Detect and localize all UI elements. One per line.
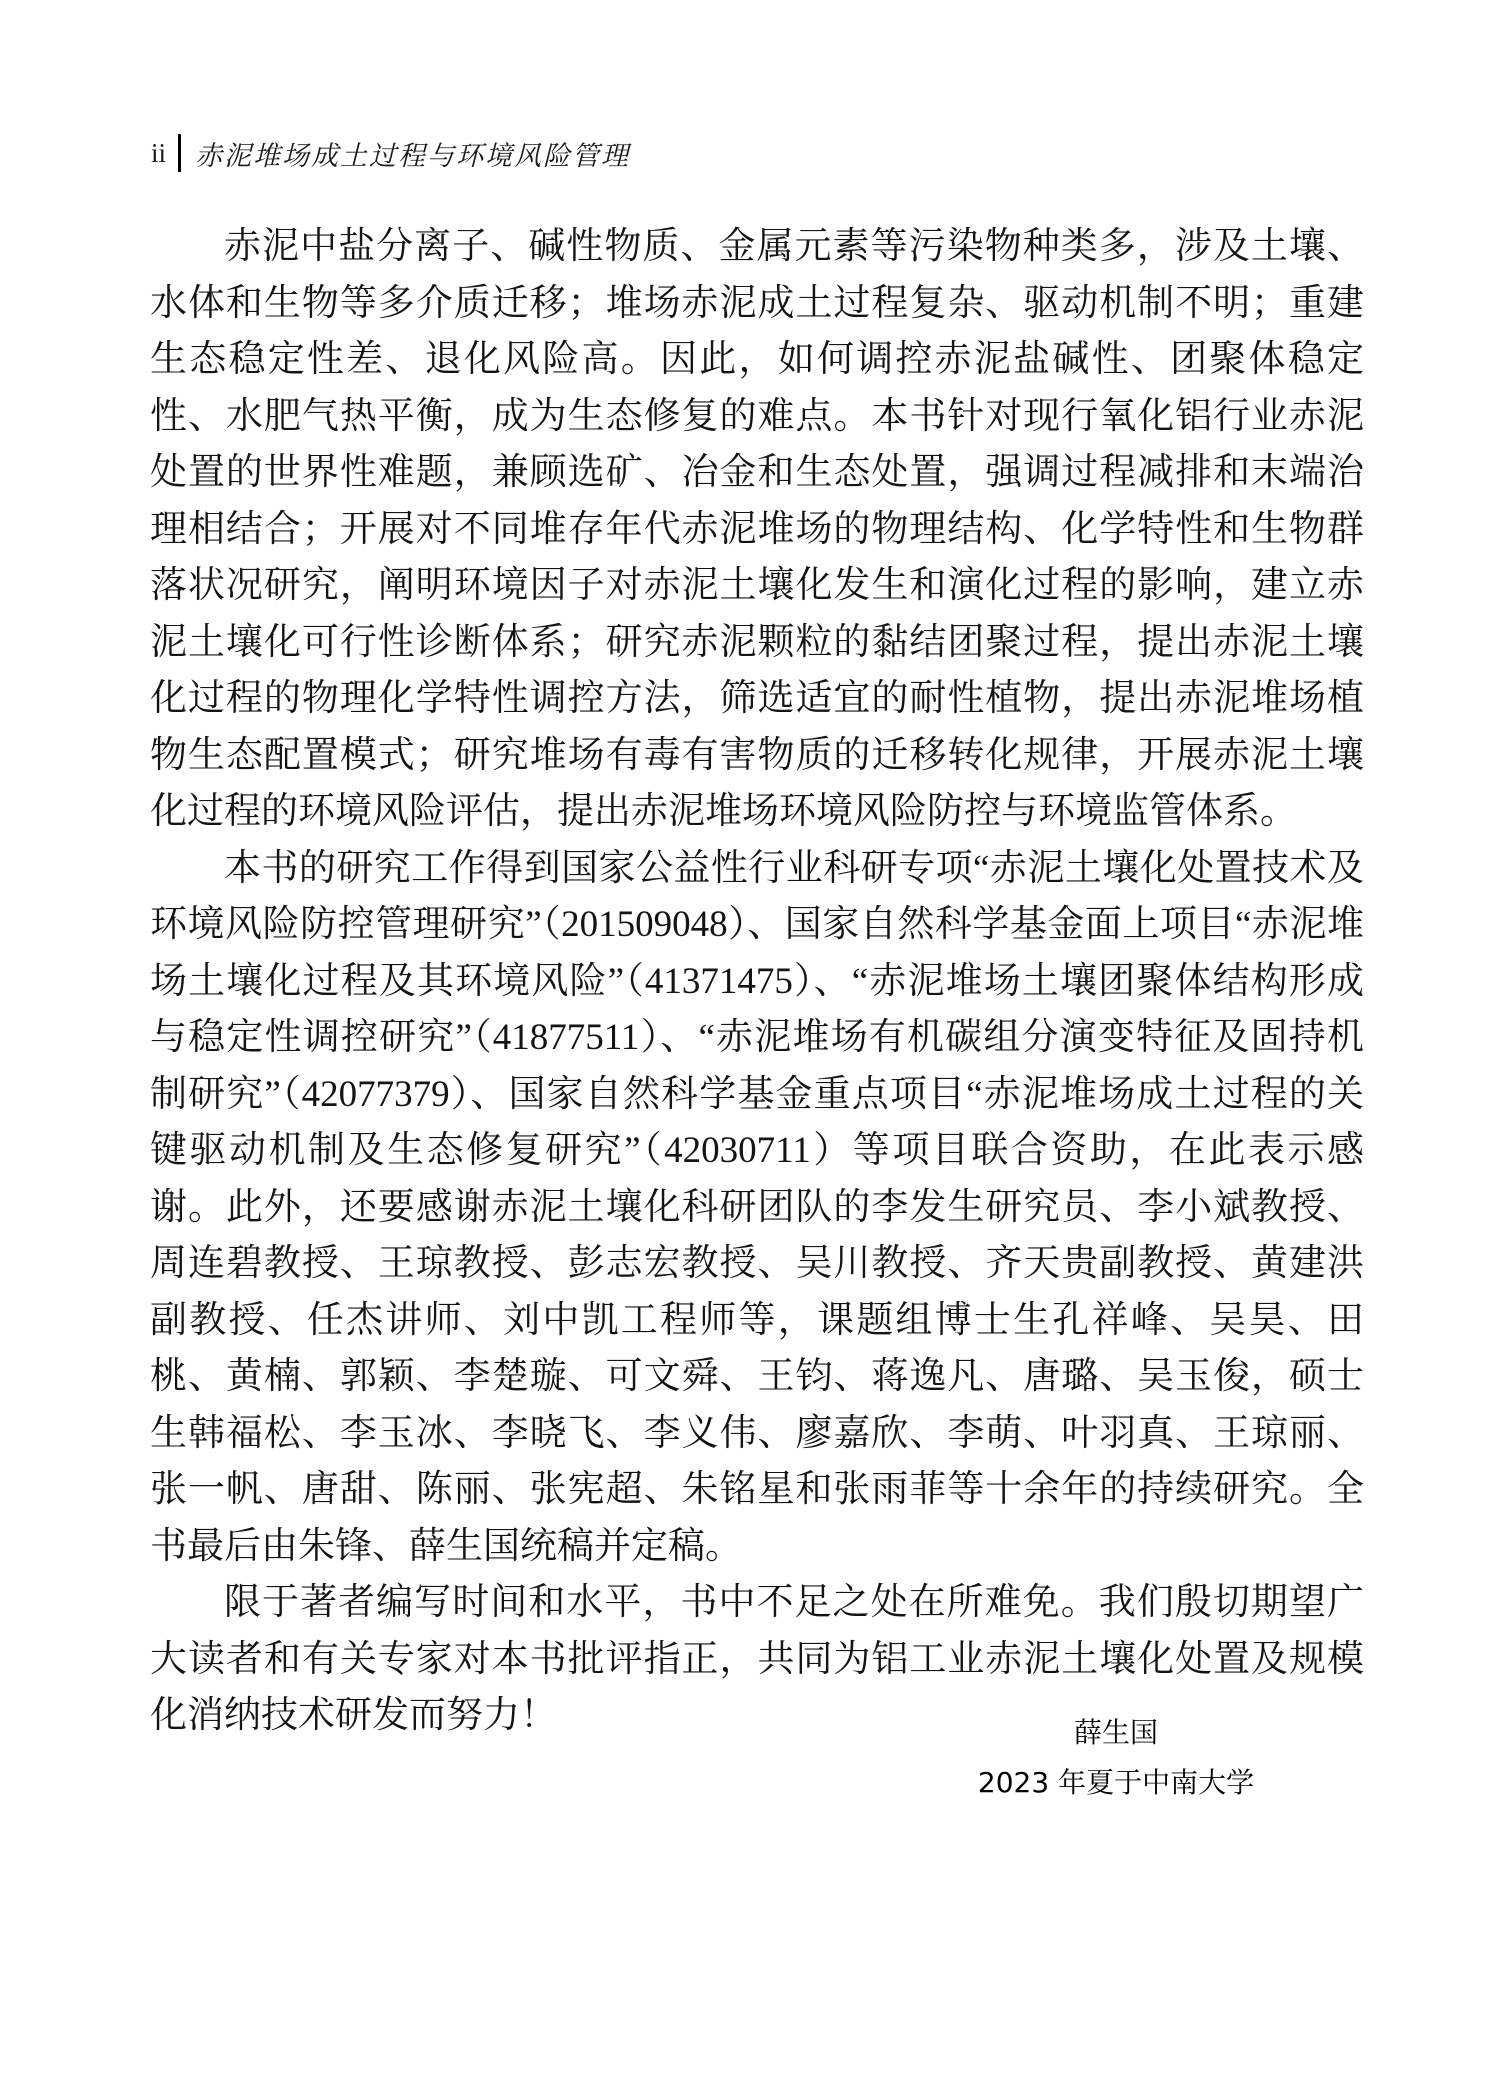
signature-date-place: 2023 年夏于中南大学: [968, 1758, 1264, 1808]
preface-body: 赤泥中盐分离子、碱性物质、金属元素等污染物种类多，涉及土壤、水体和生物等多介质迁…: [150, 219, 1364, 1745]
signature-block: 薛生国 2023 年夏于中南大学: [968, 1708, 1264, 1808]
header-divider: [178, 134, 181, 172]
paragraph-2: 本书的研究工作得到国家公益性行业科研专项“赤泥土壤化处置技术及环境风险防控管理研…: [150, 841, 1364, 1576]
page-number: ii: [151, 133, 166, 173]
page-header: ii 赤泥堆场成土过程与环境风险管理: [151, 133, 630, 173]
signature-author: 薛生国: [968, 1708, 1264, 1758]
running-title: 赤泥堆场成土过程与环境风险管理: [195, 134, 630, 173]
paragraph-1: 赤泥中盐分离子、碱性物质、金属元素等污染物种类多，涉及土壤、水体和生物等多介质迁…: [150, 219, 1364, 841]
